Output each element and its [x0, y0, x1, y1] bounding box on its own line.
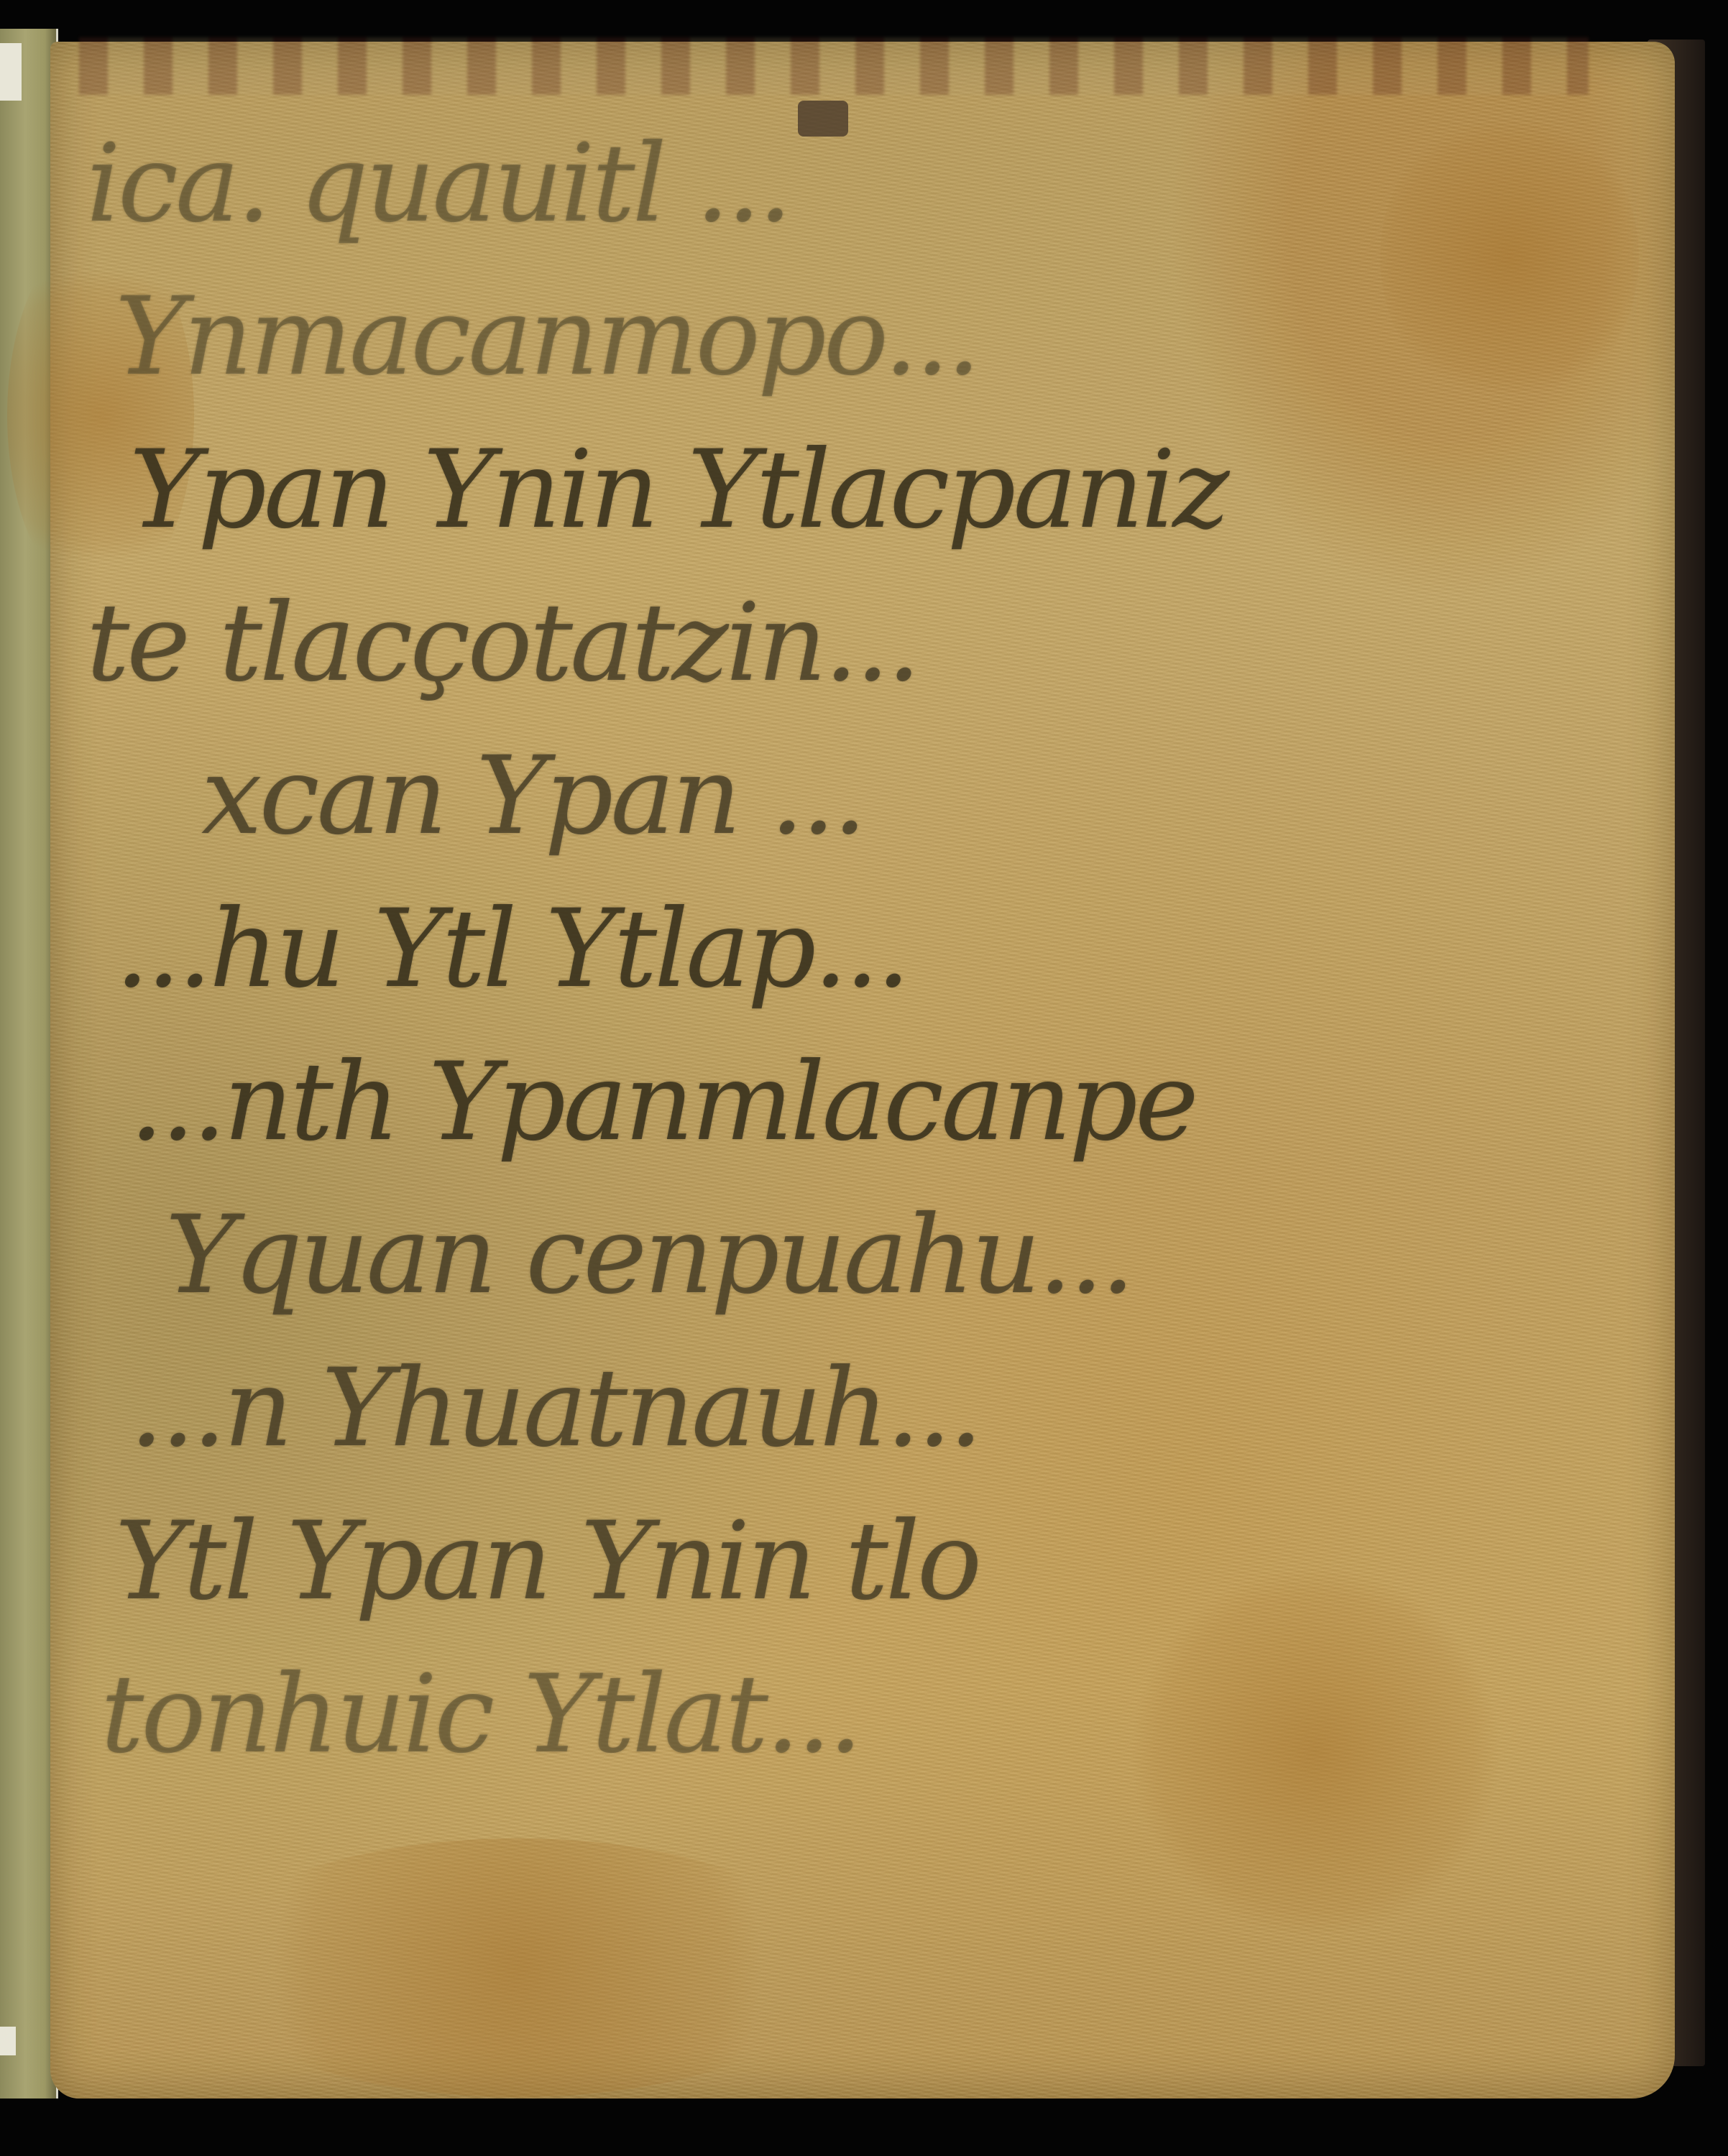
manuscript-line: ica. quauitl ...: [86, 108, 1596, 261]
flyleaf-corner: [0, 43, 22, 101]
manuscript-line: Ytl Ypan Ynin tlo: [86, 1485, 1596, 1639]
manuscript-line: te tlacçotatzin...: [86, 567, 1596, 720]
manuscript-line: Yquan cenpuahu...: [86, 1179, 1596, 1332]
manuscript-line: tonhuic Ytlat...: [86, 1639, 1596, 1792]
manuscript-text: ica. quauitl ... Ynmacanmopo... Ypan Yni…: [86, 108, 1596, 1792]
flyleaf-corner-bottom: [0, 2027, 16, 2055]
manuscript-line: Ynmacanmopo...: [86, 261, 1596, 414]
manuscript-line: ...n Yhuatnauh...: [86, 1332, 1596, 1485]
manuscript-line: ...hu Ytl Ytlap...: [86, 873, 1596, 1026]
frayed-top-edge: [79, 37, 1589, 95]
manuscript-line: xcan Ypan ...: [86, 720, 1596, 873]
manuscript-line: Ypan Ynin Ytlacpaniz: [86, 414, 1596, 567]
manuscript-line: ...nth Ypanmlacanpe: [86, 1026, 1596, 1179]
water-stain-bottom: [194, 1838, 841, 2097]
